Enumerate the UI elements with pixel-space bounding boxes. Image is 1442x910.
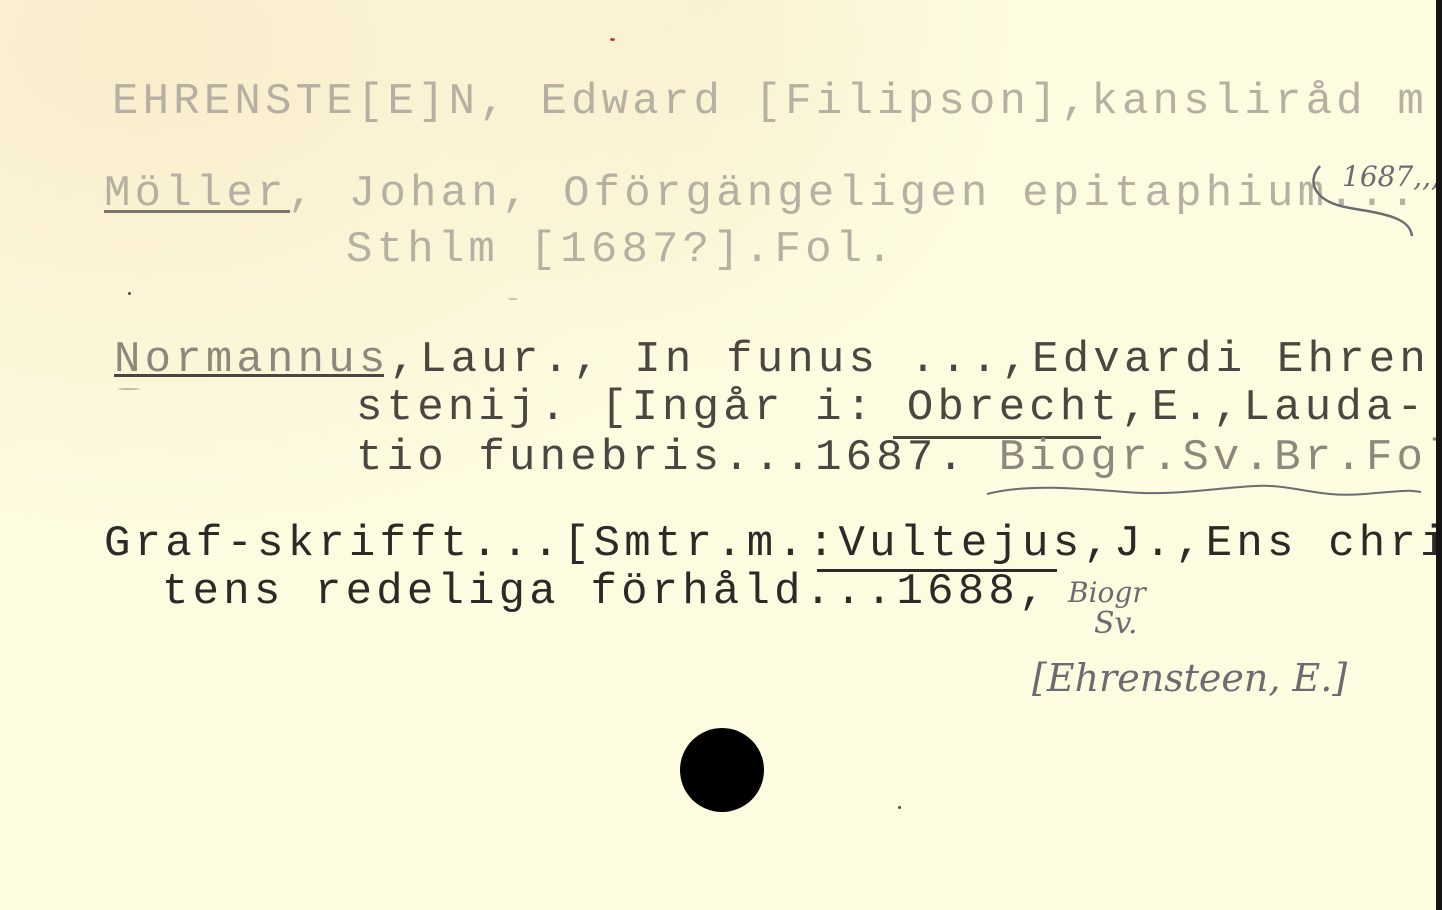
stain-speck	[898, 806, 901, 809]
stain-speck	[508, 298, 518, 300]
entry-title: ,Laur., In funus ...,Edvardi Ehren-	[389, 335, 1436, 385]
entry-line: stenij. [Ingår i: Obrecht,E.,Lauda-	[356, 386, 1427, 430]
punch-hole	[680, 728, 764, 812]
author-underline	[114, 374, 384, 377]
pencil-biogr-note: Biogr	[1068, 576, 1146, 609]
reference-author: Obrecht	[907, 383, 1121, 433]
stain-speck	[610, 38, 615, 41]
reference-author: Vultejus	[839, 519, 1084, 569]
entry-line: tio funebris...1687. Biogr.Sv.Br.Fol.	[356, 436, 1436, 480]
entry-line: Graf-skrifft...[Smtr.m.:Vultejus,J.,Ens …	[104, 522, 1436, 566]
card-right-edge	[1436, 0, 1442, 910]
stain-speck	[128, 292, 131, 295]
catalog-card: EHRENSTE[E]N, Edward [Filipson],kanslirå…	[0, 0, 1436, 910]
pencil-sv-note: Sv.	[1094, 606, 1137, 641]
author-name: Normannus	[114, 335, 389, 385]
entry-line: tens redeliga förhåld...1688,	[162, 570, 1050, 614]
entry-line: Möller, Johan, Oförgängeligen epitaphium…	[104, 172, 1420, 216]
wavy-underline	[985, 478, 1425, 504]
card-heading: EHRENSTE[E]N, Edward [Filipson],kanslirå…	[112, 80, 1436, 124]
pencil-name-note: [Ehrensteen, E.]	[1032, 656, 1347, 700]
entry-title: , Johan, Oförgängeligen epitaphium...	[288, 169, 1420, 219]
source-reference: Biogr.Sv.Br.Fol.	[999, 433, 1436, 483]
pencil-date-note: 1687,,,	[1342, 160, 1436, 193]
stain-speck	[118, 388, 140, 390]
author-underline	[104, 210, 290, 213]
imprint-line: Sthlm [1687?].Fol.	[346, 228, 897, 272]
